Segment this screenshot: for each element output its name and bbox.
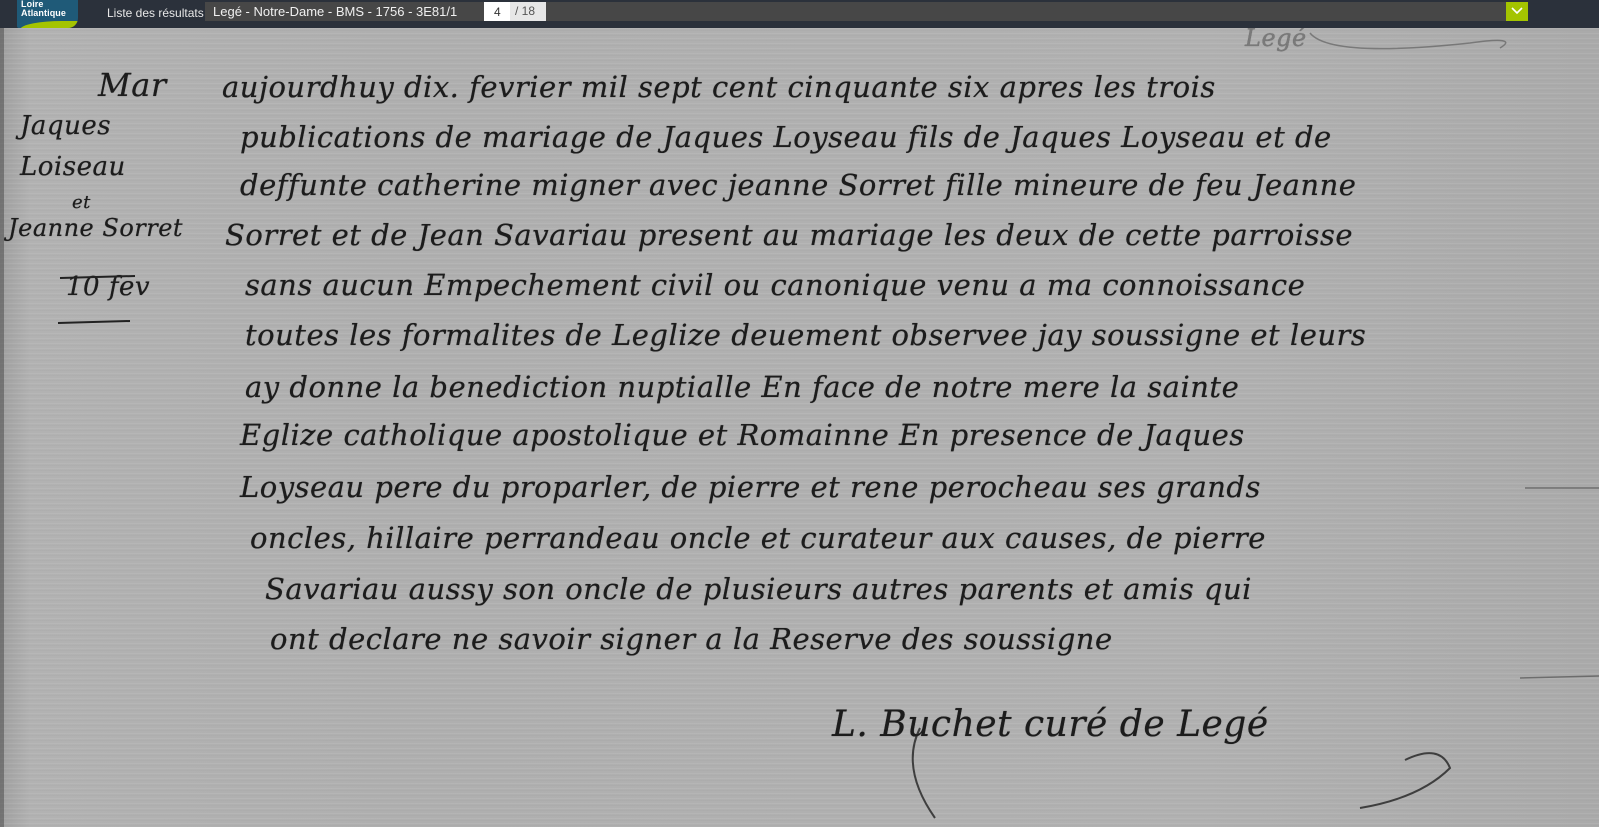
results-dropdown-button[interactable] xyxy=(1506,2,1528,21)
handwriting-flourishes-icon xyxy=(0,28,1599,827)
results-list-label: Liste des résultats : xyxy=(107,6,210,20)
document-title: Legé - Notre-Dame - BMS - 1756 - 3E81/1 xyxy=(213,4,457,19)
logo-line-2: Atlantique xyxy=(21,9,66,18)
page-number-input[interactable] xyxy=(484,2,510,21)
logo-swoosh-icon xyxy=(20,21,78,28)
top-toolbar: Loire Atlantique Liste des résultats : L… xyxy=(0,0,1599,28)
chevron-down-icon xyxy=(1510,6,1524,16)
page-total: / 18 xyxy=(510,2,546,21)
document-image-viewer[interactable]: Legé Mar Jaques Loiseau et Jeanne Sorret… xyxy=(0,28,1599,827)
loire-atlantique-logo[interactable]: Loire Atlantique xyxy=(17,0,78,28)
document-title-bar[interactable]: Legé - Notre-Dame - BMS - 1756 - 3E81/1 xyxy=(205,2,1528,21)
